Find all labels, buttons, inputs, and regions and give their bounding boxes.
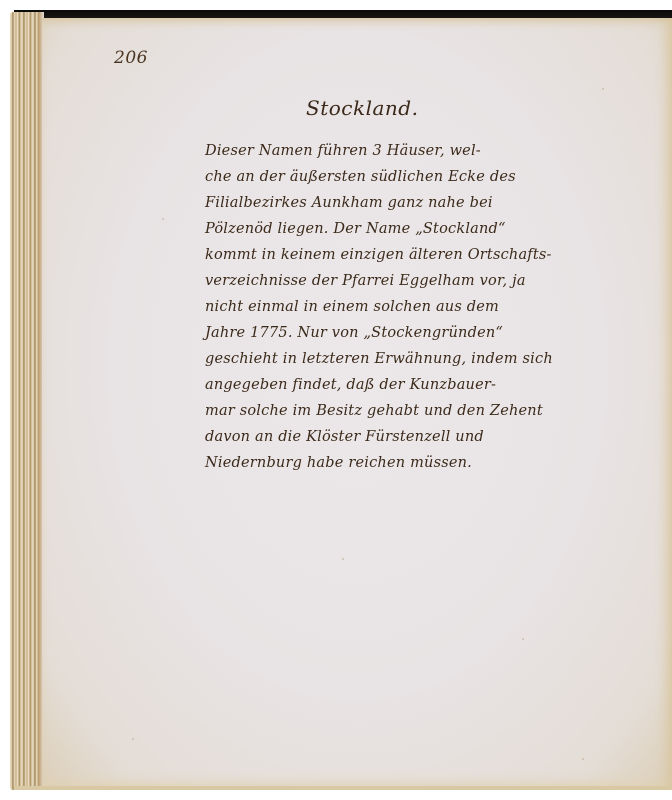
text-line: angegeben findet, daß der Kunzbauer- — [205, 372, 655, 398]
text-line: davon an die Klöster Fürstenzell und — [205, 424, 655, 450]
paper-speck — [582, 758, 584, 760]
text-line: geschieht in letzteren Erwähnung, indem … — [205, 346, 655, 372]
paper-speck — [342, 558, 344, 560]
paper-speck — [132, 738, 134, 740]
text-line: Dieser Namen führen 3 Häuser, wel- — [205, 138, 655, 164]
text-line: Filialbezirkes Aunkham ganz nahe bei — [205, 190, 655, 216]
page-stack-edges — [10, 12, 44, 790]
text-line: Pölzenöd liegen. Der Name „Stockland“ — [205, 216, 655, 242]
page-bottom-edge — [14, 786, 672, 790]
page-number: 206 — [114, 48, 148, 68]
text-line: Jahre 1775. Nur von „Stockengründen“ — [205, 320, 655, 346]
text-line: nicht einmal in einem solchen aus dem — [205, 294, 655, 320]
paper-speck — [602, 88, 604, 90]
text-line: verzeichnisse der Pfarrei Eggelham vor, … — [205, 268, 655, 294]
text-line: che an der äußersten südlichen Ecke des — [205, 164, 655, 190]
text-line: Niedernburg habe reichen müssen. — [205, 450, 655, 476]
paper-speck — [522, 638, 524, 640]
text-line: kommt in keinem einzigen älteren Ortscha… — [205, 242, 655, 268]
paper-speck — [162, 218, 164, 220]
text-line: mar solche im Besitz gehabt und den Zehe… — [205, 398, 655, 424]
handwritten-paragraph: Dieser Namen führen 3 Häuser, wel- che a… — [205, 138, 655, 476]
manuscript-scan: 206 Stockland. Dieser Namen führen 3 Häu… — [0, 0, 672, 800]
section-heading: Stockland. — [306, 96, 418, 120]
